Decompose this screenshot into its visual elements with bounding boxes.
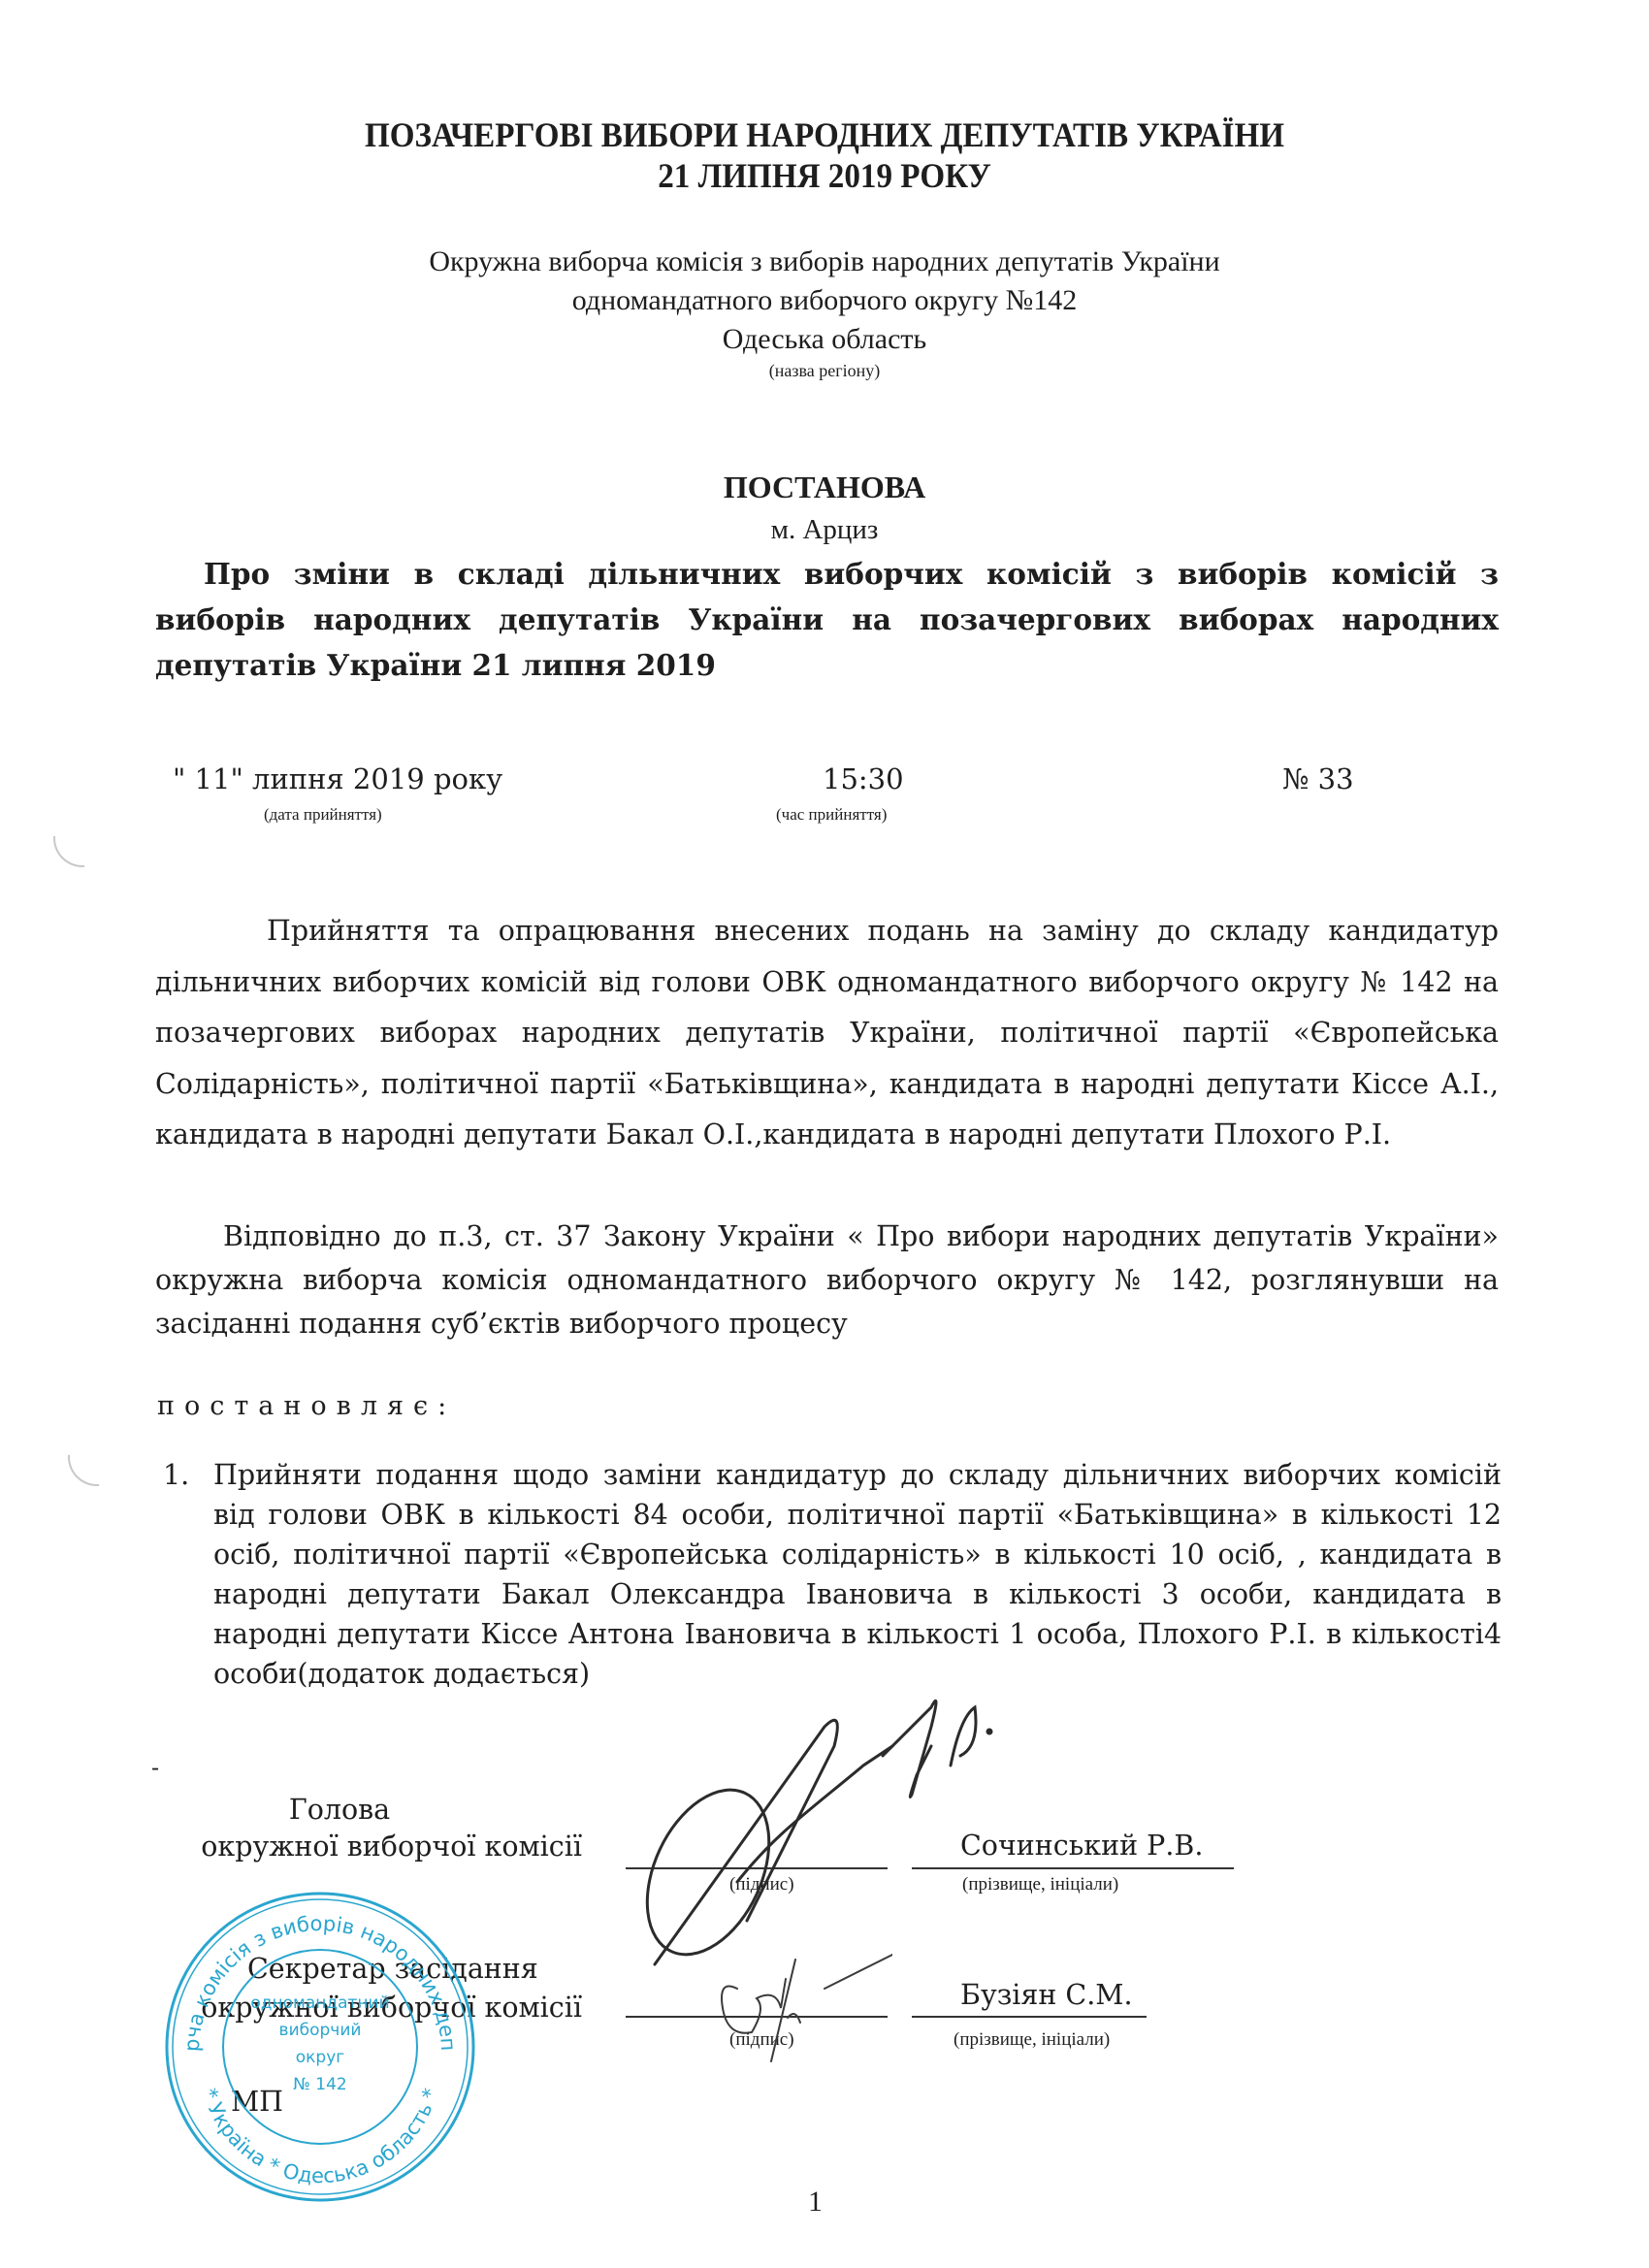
chair-signature-line — [626, 1867, 888, 1869]
secretary-signature-line — [626, 2016, 888, 2018]
stamp-center-line2: виборчий — [279, 2021, 362, 2040]
secretary-name: Бузіян С.М. — [960, 1979, 1133, 2011]
chair-handwritten-signature — [640, 1688, 1106, 1969]
city-name: м. Арциз — [0, 514, 1649, 546]
adoption-time-caption: (час прийняття) — [776, 805, 887, 825]
resolution-number: № 33 — [1282, 762, 1354, 795]
item-text: Прийняти подання щодо заміни кандидатур … — [213, 1455, 1502, 1694]
commission-name-line1: Окружна виборча комісія з виборів народн… — [0, 243, 1649, 281]
item-number: 1. — [163, 1455, 189, 1495]
resolution-item: 1. Прийняти подання щодо заміни кандидат… — [163, 1455, 1502, 1694]
chair-role-line2: окружної виборчої комісії — [116, 1830, 582, 1864]
secretary-handwritten-signature — [698, 1950, 892, 2066]
region-name: Одеська область — [0, 320, 1649, 359]
chair-role-line1: Голова — [141, 1793, 538, 1828]
adoption-time: 15:30 — [823, 762, 904, 795]
stamp-center-line1: одномандатний — [250, 1993, 389, 2013]
punch-hole-mark-bottom — [68, 1455, 99, 1486]
dash-mark: - — [151, 1754, 159, 1781]
chair-name-caption: (прізвище, ініціали) — [962, 1874, 1118, 1895]
official-stamp: Окружна виборча комісія з виборів народн… — [160, 1882, 480, 2202]
commission-name-line2: одномандатного виборчого округу №142 — [0, 281, 1649, 320]
adoption-date: " 11" липня 2019 року — [173, 762, 502, 795]
secretary-name-caption: (прізвище, ініціали) — [954, 2029, 1110, 2051]
adoption-date-caption: (дата прийняття) — [264, 805, 382, 825]
document-type-title: ПОСТАНОВА — [0, 470, 1649, 505]
paragraph-preamble: Прийняття та опрацювання внесених подань… — [155, 906, 1499, 1161]
page-number: 1 — [808, 2186, 823, 2219]
election-title-line2: 21 ЛИПНЯ 2019 РОКУ — [66, 155, 1583, 196]
stamp-center-line4: № 142 — [293, 2075, 347, 2094]
resolution-subject-text: Про зміни в складі дільничних виборчих к… — [155, 557, 1499, 682]
stamp-center-line3: округ — [296, 2048, 345, 2067]
punch-hole-mark-top — [53, 836, 84, 867]
election-title-line1: ПОЗАЧЕРГОВІ ВИБОРИ НАРОДНИХ ДЕПУТАТІВ УК… — [66, 114, 1583, 155]
paragraph-legal-basis: Відповідно до п.3, ст. 37 Закону України… — [155, 1215, 1499, 1345]
chair-signature-caption: (підпис) — [729, 1874, 794, 1895]
secretary-signature-caption: (підпис) — [729, 2029, 794, 2051]
chair-name: Сочинський Р.В. — [960, 1830, 1203, 1862]
region-caption: (назва регіону) — [0, 361, 1649, 381]
resolution-subject: Про зміни в складі дільничних виборчих к… — [155, 551, 1499, 688]
resolves-heading: постановляє: — [157, 1391, 456, 1421]
secretary-name-line — [912, 2016, 1147, 2018]
chair-name-line — [912, 1867, 1234, 1869]
